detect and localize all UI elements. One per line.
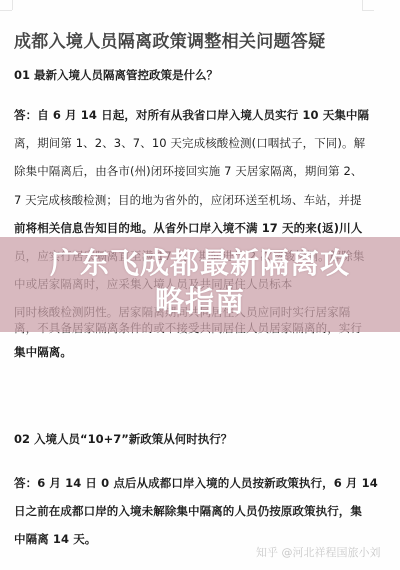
- document-title: 成都入境人员隔离政策调整相关问题答疑: [14, 27, 325, 52]
- answer-01-line-4: 7 天完成核酸检测；目的地为省外的，应闭环送至机场、车站，并提: [14, 192, 362, 208]
- document-page: 成都入境人员隔离政策调整相关问题答疑 01 最新入境人员隔离管控政策是什么？ 答…: [0, 0, 400, 570]
- answer-01-line-5: 前将相关信息告知目的地。从省外口岸入境不满 17 天的来(返)川人: [14, 220, 362, 236]
- question-01: 01 最新入境人员隔离管控政策是什么？: [14, 67, 218, 83]
- crop-mark-left: [12, 0, 13, 10]
- crop-mark-right-h: [362, 10, 374, 11]
- answer-01-line-3: 除集中隔离后，由各市(州)闭环接回实施 7 天居家隔离，期间第 2、: [14, 163, 362, 179]
- headline-overlay-title: 广东飞成都最新隔离攻 略指南: [0, 244, 400, 320]
- answer-02-line-2: 日之前在成都口岸的入境未解除集中隔离的人员仍按原政策执行，集: [14, 503, 362, 519]
- answer-02-line-1: 答：6 月 14 日 0 点后从成都口岸入境的人员按新政策执行，6 月 14: [14, 475, 378, 491]
- crop-mark-left-h: [0, 10, 12, 11]
- answer-01-line-2: 离，期间第 1、2、3、7、10 天完成核酸检测(口咽拭子，下同)。解: [14, 135, 365, 151]
- zhihu-watermark: 知乎 @河北祥程国旅小刘: [256, 544, 381, 560]
- answer-01-line-10: 集中隔离。: [14, 344, 72, 360]
- question-02: 02 入境人员“10+7”新政策从何时执行？: [14, 431, 232, 447]
- answer-01-line-1: 答：自 6 月 14 日起，对所有从我省口岸入境人员实行 10 天集中隔: [14, 107, 369, 123]
- answer-02-line-3: 中隔离 14 天。: [14, 531, 96, 547]
- headline-line-2: 略指南: [0, 282, 400, 320]
- crop-mark-right: [362, 0, 363, 10]
- headline-line-1: 广东飞成都最新隔离攻: [0, 244, 400, 282]
